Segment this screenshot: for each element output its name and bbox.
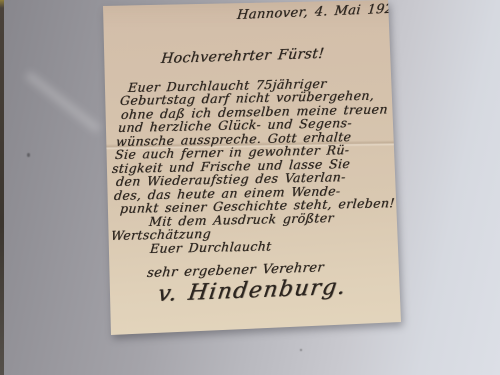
letter-salutation: Hochverehrter Fürst! xyxy=(160,46,325,67)
letter-dateline: Hannover, 4. Mai 1924. xyxy=(236,1,407,23)
photo-of-letter: Hannover, 4. Mai 1924. Hochverehrter Für… xyxy=(0,0,500,375)
letter-closing-line-3: Euer Durchlaucht xyxy=(149,238,272,256)
letter-paper: Hannover, 4. Mai 1924. Hochverehrter Für… xyxy=(0,0,500,375)
paper-shadow: Hannover, 4. Mai 1924. Hochverehrter Für… xyxy=(0,0,500,375)
